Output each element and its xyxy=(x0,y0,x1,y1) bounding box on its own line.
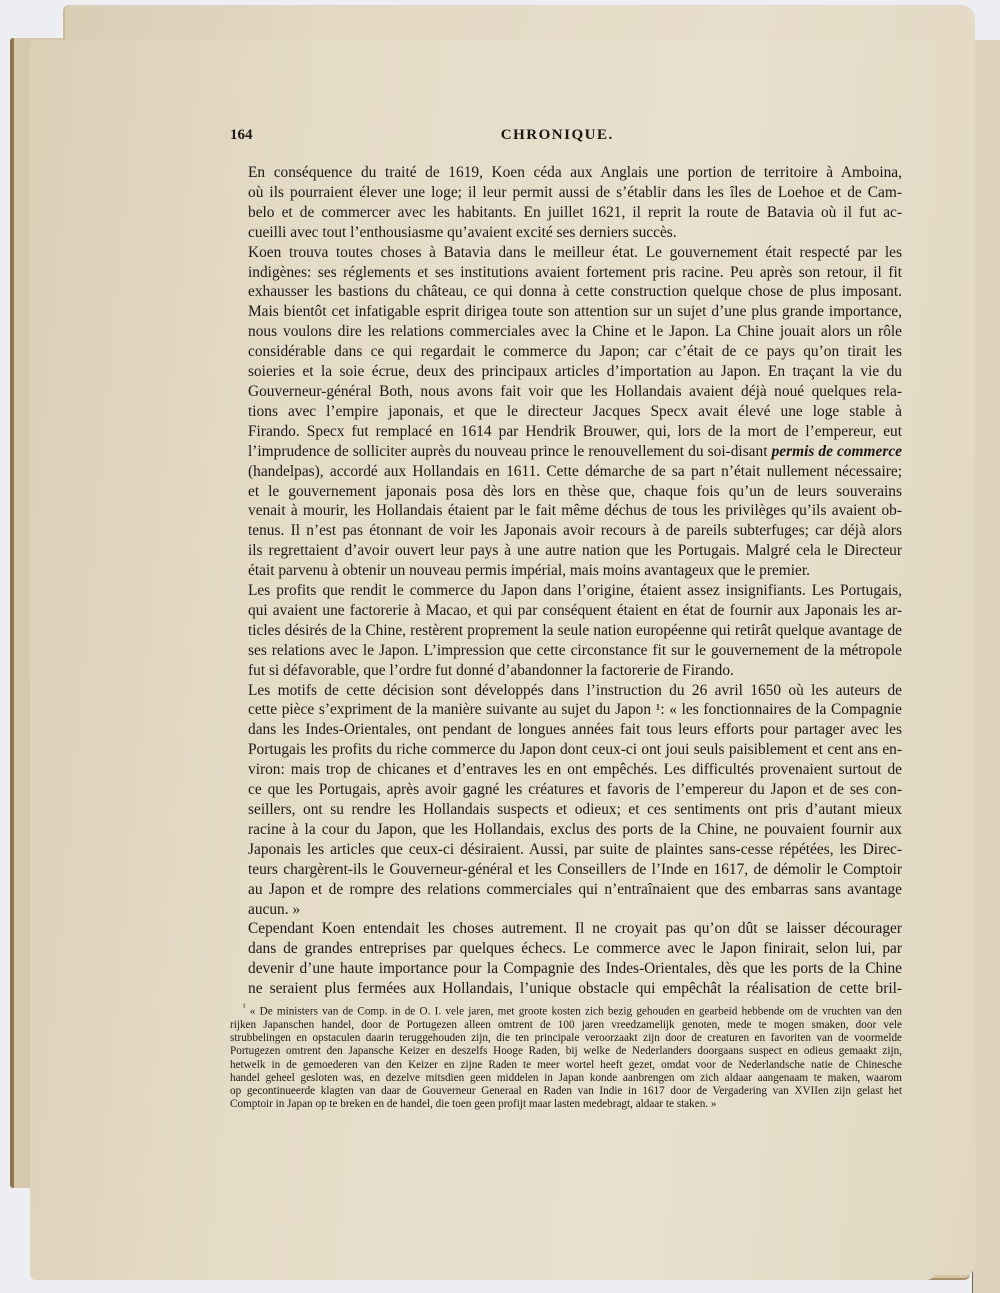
footnote-text: « De ministers van de Comp. in de O. I. … xyxy=(250,1006,902,1018)
text-line: devenir d’une haute importance pour la C… xyxy=(230,959,902,979)
text-line: était parvenu à obtenir un nouveau permi… xyxy=(230,561,902,581)
text-line: indigènes: ses réglements et ses institu… xyxy=(230,263,902,283)
text-line: dans de grandes entreprises par quelques… xyxy=(230,939,902,959)
running-head: 164 CHRONIQUE. xyxy=(230,127,902,144)
text-line: Portugais les profits du riche commerce … xyxy=(230,740,902,760)
text-line: tenus. Il n’est pas étonnant de voir les… xyxy=(230,521,902,541)
text-line: ticles désirés de la Chine, restèrent pr… xyxy=(230,621,902,641)
text-line: nous voulons dire les relations commerci… xyxy=(230,322,902,342)
text-line: qui avaient une factorerie à Macao, et q… xyxy=(230,601,902,621)
text-line: soieries et la soie écrue, deux des prin… xyxy=(230,362,902,382)
text-line: Les profits que rendit le commerce du Ja… xyxy=(230,581,902,601)
text-line: au Japon et de rompre des relations comm… xyxy=(230,880,902,900)
text-line: viron: mais trop de chicanes et d’entrav… xyxy=(230,760,902,780)
footnote-line: Comptoir in Japan op te breken en de han… xyxy=(230,1098,902,1111)
footnote: ¹ « De ministers van de Comp. in de O. I… xyxy=(230,1002,902,1111)
paragraph-5: Cependant Koen entendait les choses autr… xyxy=(230,919,902,999)
italic-phrase: permis de commerce xyxy=(772,443,902,460)
text-line: teurs chargèrent-ils le Gouverneur-génér… xyxy=(230,860,902,880)
text-line: exhausser les bastions du château, ce qu… xyxy=(230,282,902,302)
text-line: tions avec l’empire japonais, et que le … xyxy=(230,402,902,422)
text-line: dans les Indes-Orientales, ont pendant d… xyxy=(230,720,902,740)
text-line: Cependant Koen entendait les choses autr… xyxy=(230,919,902,939)
footnote-line: strubbelingen en opstaculen daarin terug… xyxy=(230,1032,902,1045)
footnote-line: ¹ « De ministers van de Comp. in de O. I… xyxy=(230,1002,902,1019)
text-line: En conséquence du traité de 1619, Koen c… xyxy=(230,163,902,183)
text-line: et le gouvernement japonais posa dès lor… xyxy=(230,482,902,502)
paragraph-3: Les profits que rendit le commerce du Ja… xyxy=(230,581,902,681)
text-line: Koen trouva toutes choses à Batavia dans… xyxy=(230,243,902,263)
page-number: 164 xyxy=(230,127,253,144)
paragraph-2: Koen trouva toutes choses à Batavia dans… xyxy=(230,243,902,581)
text-segment: l’imprudence de solliciter auprès du nou… xyxy=(248,443,767,460)
text-line: ses relations avec le Japon. L’impressio… xyxy=(230,641,902,661)
text-line: Mais bientôt cet infatigable esprit diri… xyxy=(230,302,902,322)
text-line: venait à mourir, les Hollandais étaient … xyxy=(230,501,902,521)
text-line: seillers, ont su rendre les Hollandais s… xyxy=(230,800,902,820)
text-line: racine à la cour du Japon, que les Holla… xyxy=(230,820,902,840)
text-line: belo et de commercer avec les habitants.… xyxy=(230,203,902,223)
footnote-line: op gecontinueerde klagten van daar de Go… xyxy=(230,1085,902,1098)
text-line: ne seraient plus fermées aux Hollandais,… xyxy=(230,979,902,999)
text-line: considérable dans ce qui regardait le co… xyxy=(230,342,902,362)
text-line: où ils pourraient élever une loge; il le… xyxy=(230,183,902,203)
text-line: Les motifs de cette décision sont dévelo… xyxy=(230,681,902,701)
text-line: ils regrettaient d’avoir ouvert leur pay… xyxy=(230,541,902,561)
adjacent-page-right-edge xyxy=(972,40,1000,1293)
footnote-line: hetwelk in de gemoederen van den Keizer … xyxy=(230,1059,902,1072)
paragraph-4: Les motifs de cette décision sont dévelo… xyxy=(230,681,902,920)
paragraph-1: En conséquence du traité de 1619, Koen c… xyxy=(230,163,902,243)
running-title: CHRONIQUE. xyxy=(253,127,903,144)
text-line: cette pièce s’expriment de la manière su… xyxy=(230,700,902,720)
text-line: (handelpas), accordé aux Hollandais en 1… xyxy=(230,462,902,482)
body-text: En conséquence du traité de 1619, Koen c… xyxy=(230,163,902,999)
page-content: 164 CHRONIQUE. En conséquence du traité … xyxy=(230,127,902,1111)
footnote-marker: ¹ xyxy=(243,1003,246,1013)
text-line: ce que les Portugais, après avoir gagné … xyxy=(230,780,902,800)
text-line: Firando. Specx fut remplacé en 1614 par … xyxy=(230,422,902,442)
footnote-line: handel geheel gesloten was, en dezelve m… xyxy=(230,1072,902,1085)
text-line: aucun. » xyxy=(230,900,902,920)
text-line-with-italic: l’imprudence de solliciter auprès du nou… xyxy=(230,442,902,462)
footnote-line: rijken Japanschen handel, door de Portug… xyxy=(230,1019,902,1032)
text-line: Gouverneur-général Both, nous avons fait… xyxy=(230,382,902,402)
footnote-line: Portugezen omtrent den Japansche Keizer … xyxy=(230,1045,902,1058)
text-line: fut si défavorable, que l’ordre fut donn… xyxy=(230,661,902,681)
text-line: cueilli avec tout l’enthousiasme qu’avai… xyxy=(230,223,902,243)
text-line: Japonais les articles que ceux-ci désira… xyxy=(230,840,902,860)
